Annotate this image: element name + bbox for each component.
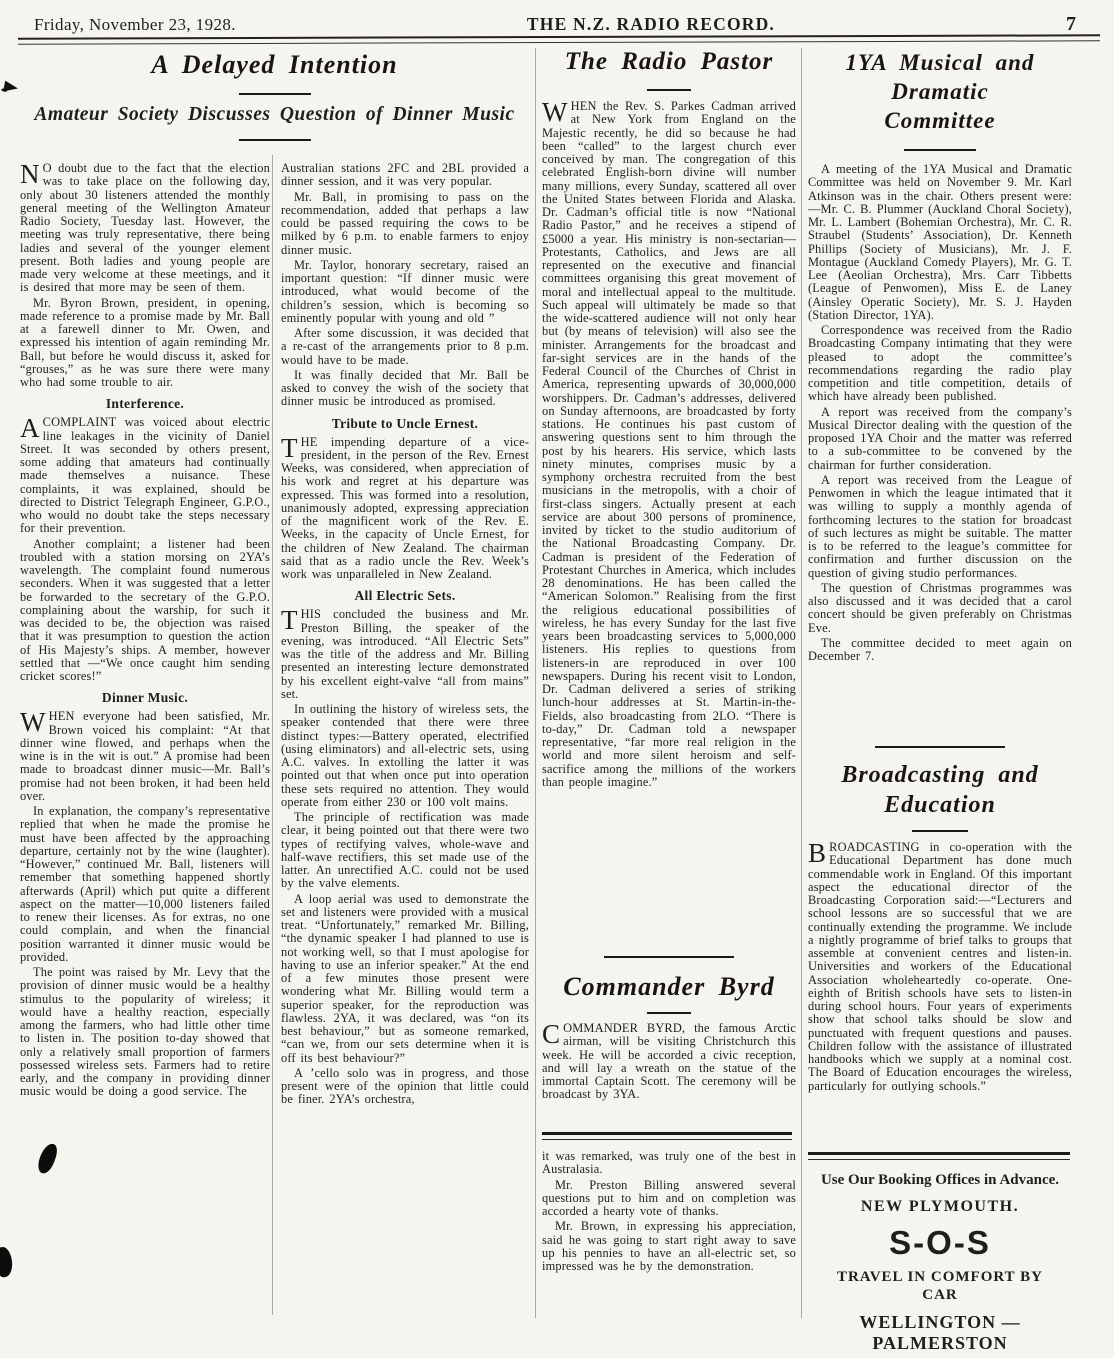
paragraph: In explanation, the company’s representa… — [20, 805, 270, 964]
section-divider-thick — [542, 1132, 792, 1140]
column-rule — [535, 48, 536, 1318]
paragraph: Mr. Byron Brown, president, in opening, … — [20, 297, 270, 390]
article-commander-byrd: Commander Byrd COMMANDER BYRD, the famou… — [542, 972, 796, 1130]
headline-1ya-committee-line1: 1YA Musical and Dramatic — [808, 48, 1072, 106]
headline-rule — [647, 1012, 691, 1014]
drop-cap: C — [542, 1022, 563, 1045]
ad-sos-brand: S-O-S — [808, 1224, 1072, 1262]
paragraph: WHEN everyone had been satisfied, Mr. Br… — [20, 710, 270, 803]
drop-cap: T — [281, 608, 301, 631]
drop-cap: W — [20, 710, 49, 733]
paragraph: In outlining the history of wireless set… — [281, 703, 529, 809]
paragraph: The committee decided to meet again on D… — [808, 637, 1072, 664]
paragraph: Correspondence was received from the Rad… — [808, 324, 1072, 404]
paragraph: Mr. Brown, in expressing his appreciatio… — [542, 1220, 796, 1273]
crosshead-tribute-uncle-ernest: Tribute to Uncle Ernest. — [281, 416, 529, 432]
paragraph: THIS concluded the business and Mr. Pres… — [281, 608, 529, 701]
paragraph-text: HEN the Rev. S. Parkes Cadman arrived at… — [542, 99, 796, 789]
paragraph-text: O doubt due to the fact that the electio… — [20, 162, 270, 294]
masthead-date: Friday, November 23, 1928. — [34, 15, 236, 35]
paragraph: BROADCASTING in co-operation with the Ed… — [808, 841, 1072, 1093]
paragraph: Mr. Ball, in promising to pass on the re… — [281, 191, 529, 257]
paragraph: A report was received from the company’s… — [808, 406, 1072, 472]
headline-broadcasting-education-line1: Broadcasting and — [808, 760, 1072, 790]
drop-cap: A — [20, 416, 43, 439]
paragraph: After some discussion, it was decided th… — [281, 327, 529, 367]
newspaper-page: Friday, November 23, 1928. THE N.Z. RADI… — [0, 0, 1114, 1358]
paragraph: It was finally decided that Mr. Ball be … — [281, 369, 529, 409]
ad-booking-line: Use Our Booking Offices in Advance. — [808, 1172, 1072, 1189]
paragraph: The principle of rectification was made … — [281, 811, 529, 891]
headline-broadcasting-education-line2: Education — [808, 790, 1072, 820]
article-1ya-committee: 1YA Musical and Dramatic Committee A mee… — [808, 48, 1072, 742]
paragraph: WHEN the Rev. S. Parkes Cadman arrived a… — [542, 100, 796, 789]
headline-commander-byrd: Commander Byrd — [542, 972, 796, 1002]
column-rule — [272, 155, 273, 1315]
crosshead-dinner-music: Dinner Music. — [20, 690, 270, 706]
column-rule — [801, 48, 802, 1318]
paragraph: A report was received from the League of… — [808, 474, 1072, 580]
subhead-rule — [239, 139, 311, 141]
drop-cap: B — [808, 841, 829, 864]
paragraph-text: ROADCASTING in co-operation with the Edu… — [808, 840, 1072, 1093]
advert-sos-travel: Use Our Booking Offices in Advance. NEW … — [808, 1172, 1072, 1352]
column-4: 1YA Musical and Dramatic Committee A mee… — [808, 48, 1072, 1343]
paragraph: A COMPLAINT was voiced about electric li… — [20, 416, 270, 535]
ad-route-line: WELLINGTON — PALMERSTON — [808, 1312, 1072, 1352]
paragraph: THE impending departure of a vice-presid… — [281, 436, 529, 582]
article-continuation: it was remarked, was truly one of the be… — [542, 1150, 796, 1340]
paragraph: A loop aerial was used to demonstrate th… — [281, 893, 529, 1065]
headline-rule — [912, 830, 968, 832]
drop-cap: N — [20, 162, 43, 185]
ad-new-plymouth: NEW PLYMOUTH. — [808, 1198, 1072, 1216]
headline-delayed-intention: A Delayed Intention — [22, 50, 527, 80]
paragraph: Another complaint; a listener had been t… — [20, 538, 270, 684]
crosshead-all-electric-sets: All Electric Sets. — [281, 588, 529, 604]
column-3: The Radio Pastor WHEN the Rev. S. Parkes… — [542, 48, 796, 1343]
paragraph: A meeting of the 1YA Musical and Dramati… — [808, 163, 1072, 322]
paragraph: it was remarked, was truly one of the be… — [542, 1150, 796, 1177]
ink-blot — [0, 1246, 14, 1278]
headline-rule — [647, 89, 691, 91]
drop-cap: T — [281, 436, 301, 459]
article-broadcasting-education: Broadcasting and Education BROADCASTING … — [808, 760, 1072, 1150]
column-1: NO doubt due to the fact that the electi… — [20, 162, 270, 1312]
paragraph: The question of Christmas programmes was… — [808, 582, 1072, 635]
paragraph: A ’cello solo was in progress, and those… — [281, 1067, 529, 1107]
paragraph-text: HIS concluded the business and Mr. Prest… — [281, 607, 529, 701]
article-delayed-intention-head: A Delayed Intention Amateur Society Disc… — [22, 50, 527, 150]
ad-divider-thick — [808, 1152, 1070, 1160]
masthead-title: THE N.Z. RADIO RECORD. — [527, 14, 775, 35]
paragraph-text: HE impending departure of a vice-preside… — [281, 435, 529, 582]
page-number: 7 — [1066, 13, 1076, 36]
drop-cap: W — [542, 100, 571, 123]
headline-1ya-committee-line2: Committee — [808, 106, 1072, 135]
headline-rule — [239, 93, 311, 95]
crosshead-interference: Interference. — [20, 396, 270, 412]
paragraph: Mr. Taylor, honorary secretary, raised a… — [281, 259, 529, 325]
ad-travel-line: TRAVEL IN COMFORT BY CAR — [825, 1268, 1055, 1304]
paragraph: NO doubt due to the fact that the electi… — [20, 162, 270, 295]
paragraph-text: COMPLAINT was voiced about electric line… — [20, 415, 270, 535]
masthead: Friday, November 23, 1928. THE N.Z. RADI… — [34, 13, 1076, 36]
paragraph-text: OMMANDER BYRD, the famous Arctic airman,… — [542, 1021, 796, 1101]
headline-radio-pastor: The Radio Pastor — [542, 48, 796, 76]
paragraph: COMMANDER BYRD, the famous Arctic airman… — [542, 1022, 796, 1102]
paragraph: Australian stations 2FC and 2BL provided… — [281, 162, 529, 189]
paragraph: The point was raised by Mr. Levy that th… — [20, 966, 270, 1099]
article-radio-pastor: The Radio Pastor WHEN the Rev. S. Parkes… — [542, 48, 796, 954]
column-2: Australian stations 2FC and 2BL provided… — [281, 162, 529, 1312]
section-divider — [875, 746, 1005, 748]
subhead-delayed-intention: Amateur Society Discusses Question of Di… — [22, 104, 527, 126]
section-divider — [604, 956, 734, 958]
paragraph: Mr. Preston Billing answered several que… — [542, 1179, 796, 1219]
headline-rule — [904, 149, 976, 151]
paragraph-text: HEN everyone had been satisfied, Mr. Bro… — [20, 709, 270, 803]
ink-mark-arrow — [3, 81, 19, 95]
